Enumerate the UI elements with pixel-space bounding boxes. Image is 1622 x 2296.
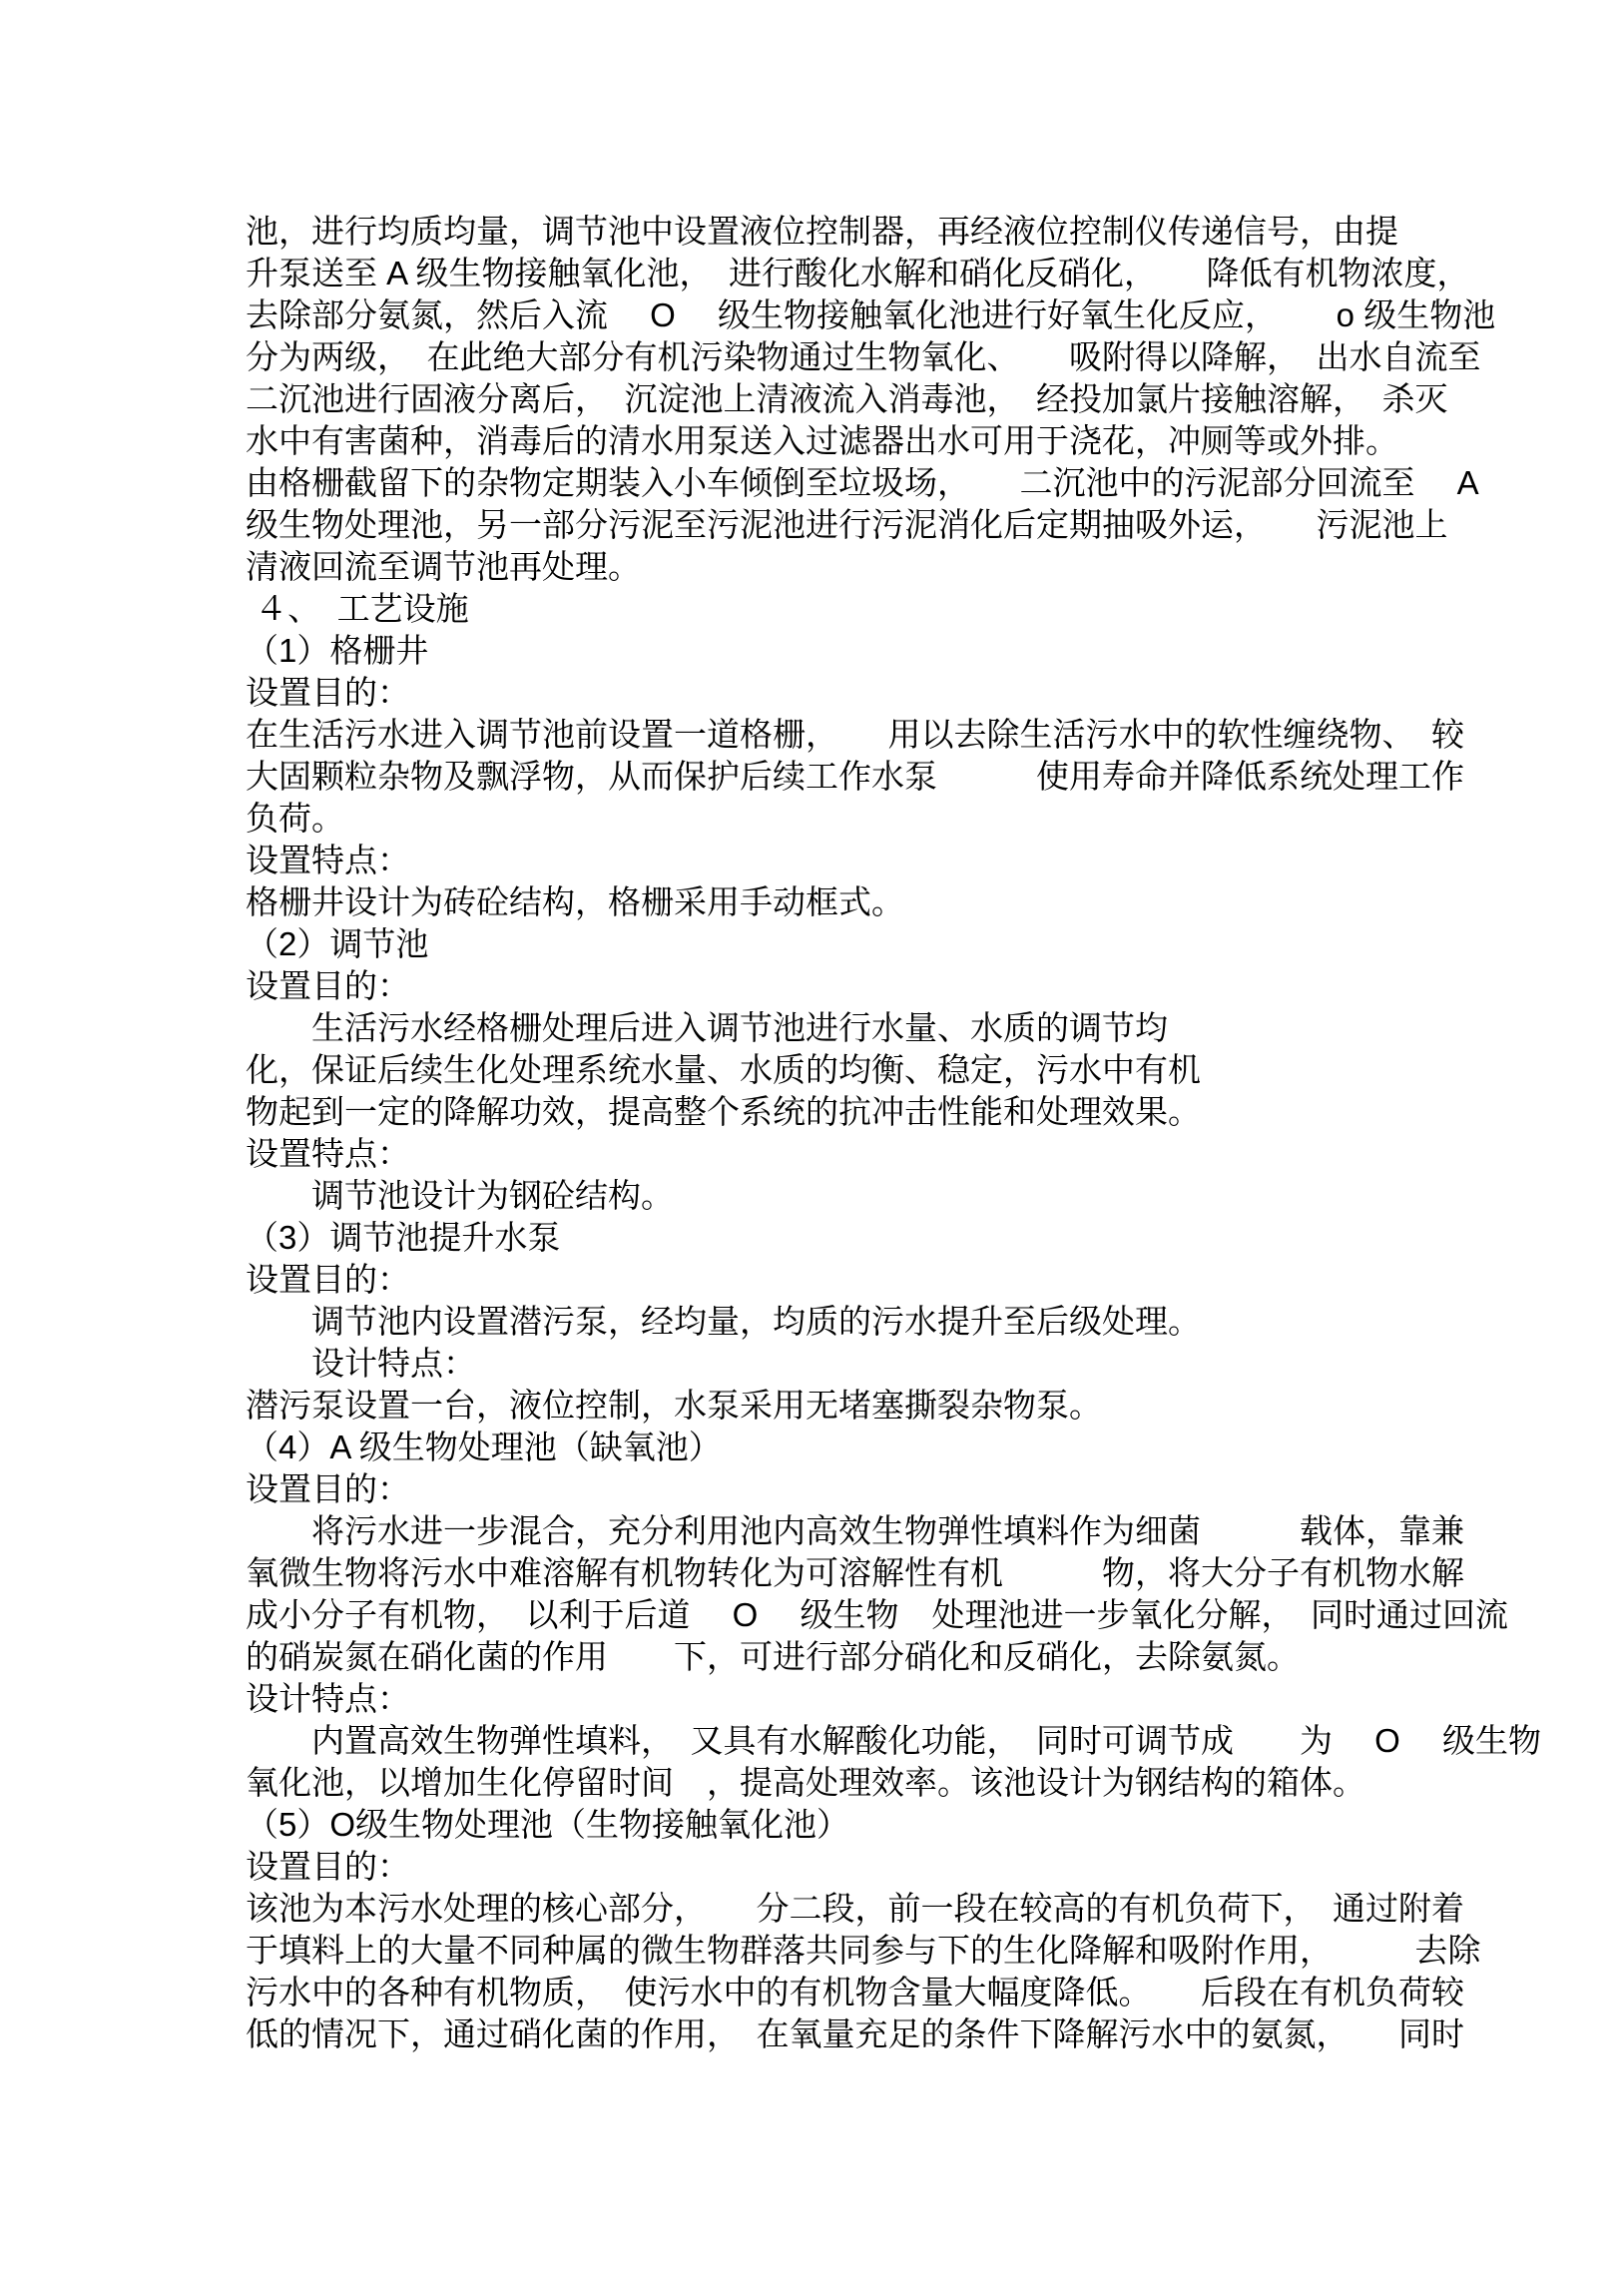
text-line: （4）A 级生物处理池（缺氧池）: [246, 1427, 1383, 1468]
text-line: 生活污水经格栅处理后进入调节池进行水量、水质的调节均: [246, 1007, 1383, 1049]
text-line: 二沉池进行固液分离后， 沉淀池上清液流入消毒池， 经投加氯片接触溶解， 杀灭: [246, 378, 1383, 420]
text-line: 设置目的：: [246, 1259, 1383, 1301]
text-line: 级生物处理池，另一部分污泥至污泥池进行污泥消化后定期抽吸外运， 污泥池上: [246, 504, 1383, 546]
text-line: （2）调节池: [246, 923, 1383, 965]
text-line: 由格栅截留下的杂物定期装入小车倾倒至垃圾场， 二沉池中的污泥部分回流至 A: [246, 462, 1383, 504]
text-line: 污水中的各种有机物质， 使污水中的有机物含量大幅度降低。 后段在有机负荷较: [246, 1972, 1383, 2013]
text-line: 分为两级， 在此绝大部分有机污染物通过生物氧化、 吸附得以降解， 出水自流至: [246, 336, 1383, 378]
text-line: 调节池设计为钢砼结构。: [246, 1175, 1383, 1217]
text-line: 潜污泵设置一台，液位控制，水泵采用无堵塞撕裂杂物泵。: [246, 1385, 1383, 1427]
text-line: 化，保证后续生化处理系统水量、水质的均衡、稳定，污水中有机: [246, 1049, 1383, 1091]
text-line: 池，进行均质均量，调节池中设置液位控制器，再经液位控制仪传递信号，由提: [246, 211, 1383, 253]
text-line: （1）格栅井: [246, 630, 1383, 672]
text-block: 池，进行均质均量，调节池中设置液位控制器，再经液位控制仪传递信号，由提升泵送至 …: [246, 211, 1383, 2055]
text-line: 设置目的：: [246, 1846, 1383, 1888]
text-line: 设置特点：: [246, 840, 1383, 881]
text-line: 大固颗粒杂物及飘浮物，从而保护后续工作水泵 使用寿命并降低系统处理工作: [246, 756, 1383, 798]
text-line: 氧化池，以增加生化停留时间 ，提高处理效率。该池设计为钢结构的箱体。: [246, 1762, 1383, 1804]
text-line: ４、 工艺设施: [246, 588, 1383, 630]
text-line: 去除部分氨氮，然后入流 O 级生物接触氧化池进行好氧生化反应， o 级生物池: [246, 294, 1383, 336]
text-line: 负荷。: [246, 798, 1383, 840]
text-line: 在生活污水进入调节池前设置一道格栅， 用以去除生活污水中的软性缠绕物、 较: [246, 714, 1383, 756]
text-line: 调节池内设置潜污泵，经均量，均质的污水提升至后级处理。: [246, 1301, 1383, 1343]
text-line: （5）O级生物处理池（生物接触氧化池）: [246, 1804, 1383, 1846]
text-line: 于填料上的大量不同种属的微生物群落共同参与下的生化降解和吸附作用， 去除: [246, 1930, 1383, 1972]
text-line: 升泵送至 A 级生物接触氧化池， 进行酸化水解和硝化反硝化， 降低有机物浓度，: [246, 253, 1383, 294]
text-line: 将污水进一步混合，充分利用池内高效生物弹性填料作为细菌 载体，靠兼: [246, 1510, 1383, 1552]
text-line: 的硝炭氮在硝化菌的作用 下，可进行部分硝化和反硝化，去除氨氮。: [246, 1636, 1383, 1678]
text-line: 设计特点：: [246, 1343, 1383, 1385]
text-line: 设置特点：: [246, 1133, 1383, 1175]
text-line: 内置高效生物弹性填料， 又具有水解酸化功能， 同时可调节成 为 O 级生物: [246, 1720, 1383, 1762]
text-line: 设置目的：: [246, 1468, 1383, 1510]
text-line: 成小分子有机物， 以利于后道 O 级生物 处理池进一步氧化分解， 同时通过回流: [246, 1594, 1383, 1636]
text-line: 格栅井设计为砖砼结构，格栅采用手动框式。: [246, 881, 1383, 923]
text-line: 设计特点：: [246, 1678, 1383, 1720]
text-line: 低的情况下，通过硝化菌的作用， 在氧量充足的条件下降解污水中的氨氮， 同时: [246, 2013, 1383, 2055]
text-line: 氧微生物将污水中难溶解有机物转化为可溶解性有机 物，将大分子有机物水解: [246, 1552, 1383, 1594]
text-line: 设置目的：: [246, 672, 1383, 714]
text-line: （3）调节池提升水泵: [246, 1217, 1383, 1259]
text-line: 水中有害菌种，消毒后的清水用泵送入过滤器出水可用于浇花，冲厕等或外排。: [246, 420, 1383, 462]
document-page: 池，进行均质均量，调节池中设置液位控制器，再经液位控制仪传递信号，由提升泵送至 …: [0, 0, 1622, 2296]
text-line: 设置目的：: [246, 965, 1383, 1007]
text-line: 清液回流至调节池再处理。: [246, 546, 1383, 588]
text-line: 物起到一定的降解功效，提高整个系统的抗冲击性能和处理效果。: [246, 1091, 1383, 1133]
text-line: 该池为本污水处理的核心部分， 分二段，前一段在较高的有机负荷下， 通过附着: [246, 1888, 1383, 1930]
